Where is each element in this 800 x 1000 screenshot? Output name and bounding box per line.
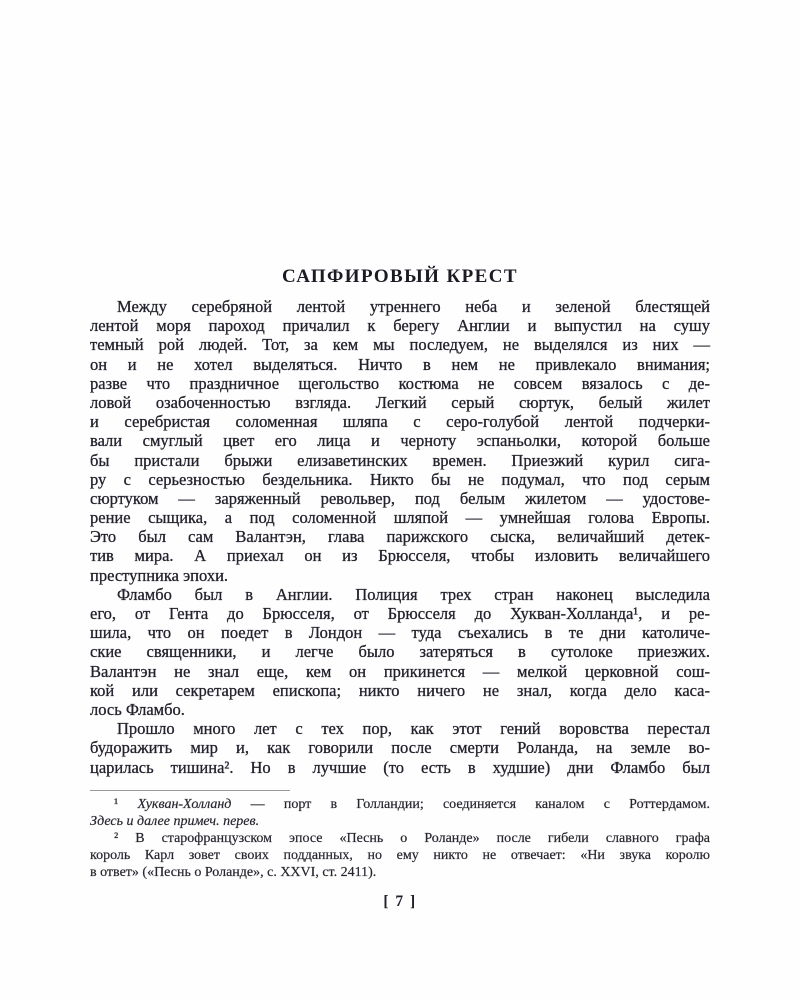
story-text: Между серебряной лентой утреннего неба и…: [90, 297, 710, 777]
footnote-line: ¹ Хукван-Холланд — порт в Голландии; сое…: [90, 796, 710, 813]
footnote-text: король Карл зовет своих подданных, но ем…: [90, 848, 710, 863]
footnote-text: — порт в Голландии; соединяется каналом …: [231, 797, 710, 812]
paragraph: Фламбо был в Англии. Полиция трех стран …: [90, 585, 710, 719]
paragraph: Прошло много лет с тех пор, как этот ген…: [90, 719, 710, 777]
text-line: он и не хотел выделяться. Ничто в нем не…: [90, 355, 710, 374]
text-line: рение сыщика, а под соломенной шляпой — …: [90, 508, 710, 527]
footnote-line: ² В старофранцузском эпосе «Песнь о Рола…: [90, 830, 710, 847]
text-line: кой или секретарем епископа; никто ничег…: [90, 681, 710, 700]
footnote-line: Здесь и далее примеч. перев.: [90, 813, 710, 830]
text-line: вали смуглый цвет его лица и черноту эсп…: [90, 431, 710, 450]
paragraph: Между серебряной лентой утреннего неба и…: [90, 297, 710, 585]
scanned-book-page: { "page": { "title": "САПФИРОВЫЙ КРЕСТ",…: [0, 0, 800, 1000]
text-line: ловой озабоченностью взгляда. Легкий сер…: [90, 393, 710, 412]
footnote: ² В старофранцузском эпосе «Песнь о Рола…: [90, 830, 710, 881]
footnote-separator: [90, 790, 290, 791]
text-line: и серебристая соломенная шляпа с серо-го…: [90, 412, 710, 431]
footnote-italic-text: Хукван-Холланд: [137, 797, 231, 812]
text-line: будоражить мир и, как говорили после сме…: [90, 738, 710, 757]
chapter-title: САПФИРОВЫЙ КРЕСТ: [90, 266, 710, 288]
text-line: царилась тишина². Но в лучшие (то есть в…: [90, 758, 710, 777]
text-line: преступника эпохи.: [90, 566, 710, 585]
text-line: бы пристали брыжи елизаветинских времен.…: [90, 451, 710, 470]
text-line: лось Фламбо.: [90, 700, 710, 719]
text-line: Фламбо был в Англии. Полиция трех стран …: [90, 585, 710, 604]
text-line: Это был сам Валантэн, глава парижского с…: [90, 527, 710, 546]
page-number: [ 7 ]: [90, 893, 710, 911]
text-line: разве что праздничное щегольство костюма…: [90, 374, 710, 393]
footnote-line: в ответ» («Песнь о Роланде», с. XXVI, ст…: [90, 864, 710, 881]
text-line: шила, что он поедет в Лондон — туда съех…: [90, 623, 710, 642]
text-line: Прошло много лет с тех пор, как этот ген…: [90, 719, 710, 738]
text-line: лентой моря пароход причалил к берегу Ан…: [90, 316, 710, 335]
footnotes: ¹ Хукван-Холланд — порт в Голландии; сое…: [90, 796, 710, 881]
page-container: САПФИРОВЫЙ КРЕСТ Между серебряной лентой…: [0, 0, 800, 1000]
text-line: ские священники, и легче было затеряться…: [90, 642, 710, 661]
footnote-line: король Карл зовет своих подданных, но ем…: [90, 847, 710, 864]
text-line: темный рой людей. Тот, за кем мы последу…: [90, 335, 710, 354]
footnote: ¹ Хукван-Холланд — порт в Голландии; сое…: [90, 796, 710, 830]
text-line: сюртуком — заряженный револьвер, под бел…: [90, 489, 710, 508]
text-line: ру с серьезностью бездельника. Никто бы …: [90, 470, 710, 489]
text-line: тив мира. А приехал он из Брюсселя, чтоб…: [90, 546, 710, 565]
footnote-text: ¹: [114, 797, 137, 812]
text-line: Между серебряной лентой утреннего неба и…: [90, 297, 710, 316]
footnote-italic-text: Здесь и далее примеч. перев.: [90, 814, 259, 829]
footnote-text: в ответ» («Песнь о Роланде», с. XXVI, ст…: [90, 865, 376, 880]
text-line: Валантэн не знал еще, кем он прикинется …: [90, 662, 710, 681]
text-line: его, от Гента до Брюсселя, от Брюсселя д…: [90, 604, 710, 623]
footnote-text: ² В старофранцузском эпосе «Песнь о Рола…: [114, 831, 710, 846]
